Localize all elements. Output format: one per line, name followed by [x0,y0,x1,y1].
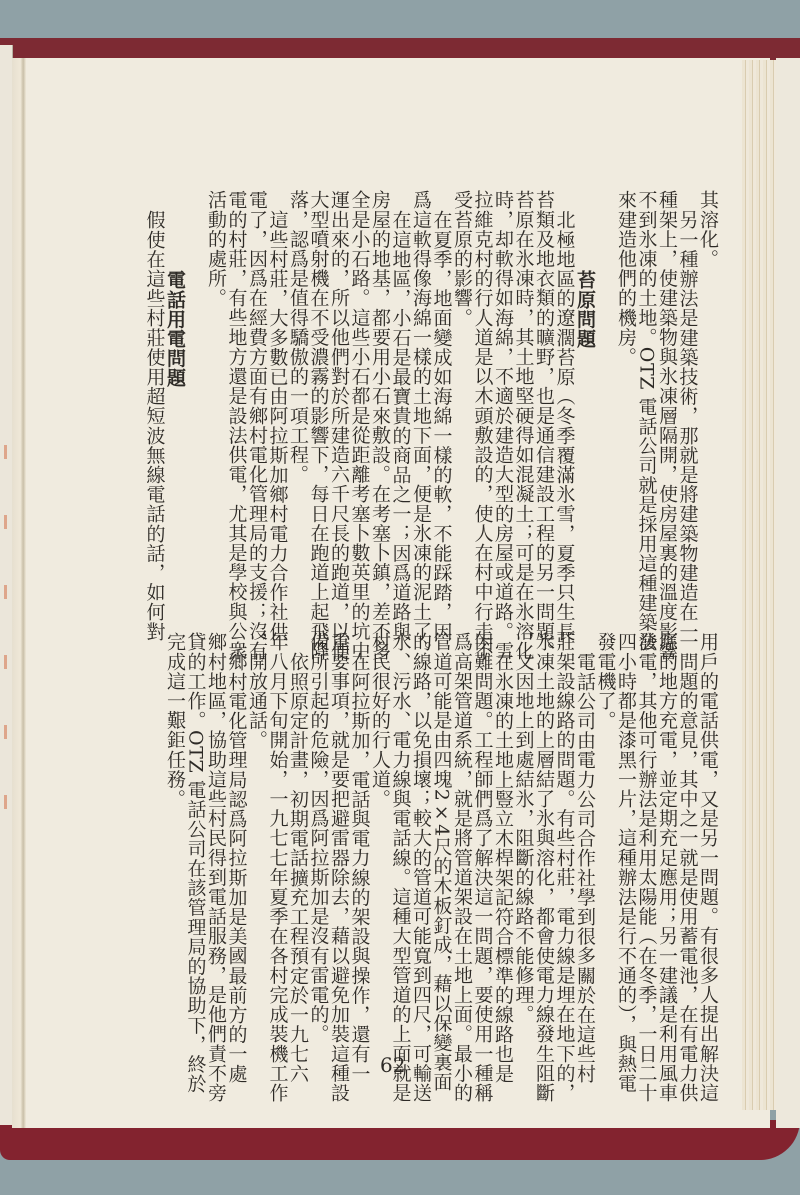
text-line: 來建造他們的機房。 [616,190,637,620]
text-line: 時，却軟得如海綿，不適於建造大型的房屋或道路。雪 [493,190,514,620]
text-line: 在阿拉斯加，電話與電力線的架設與操作，還有一 [349,632,370,1042]
text-line: 鄉村電化管理局認爲阿拉斯加是美國最前方的一處 [226,632,247,1042]
text-line: 在夏季，地面變成如海綿一樣的軟，不能踩踏，因 [431,190,452,620]
text-line [595,190,616,620]
section-heading: 電話用電問題 [165,190,186,620]
text-line: 房屋的地基，都要用小石來敷設。在考塞卜鎮，差不多 [370,190,391,620]
text-line: 困難問題。工程師們爲了解決這一問題，要使用一種稱 [472,632,493,1042]
text-line: 一問題的意見，其中之一就是使用蓄電池，在有電力供 [677,632,698,1042]
text-line: 活動的處所。 [206,190,227,620]
bottom-text-block: 用戶的電話供電，又是另一問題。有很多人提出解決這一問題的意見，其中之一就是使用蓄… [165,632,719,1042]
text-line: 北極地區的遼濶苔原（冬季覆滿氷雪，夏季只生長 [554,190,575,620]
text-line: 水、污水、電力線與電話線。這種大型管道的上面就是 [390,632,411,1042]
text-line: 發電，其他可行辦法是利用太陽能（在冬季，一日二十 [636,632,657,1042]
text-line: 這些村莊，大多數已由阿拉斯加鄉村電力合作社供 [267,190,288,620]
text-line: ，開放通話。 [247,632,268,1042]
text-line: 不到氷凍的土地。OTZ 電話公司就是採用這種建築法 [636,190,657,620]
text-line: 種架上，使建築物與氷凍層隔開，使房屋裏的溫度影響 [657,190,678,620]
book-gutter [12,58,26,1128]
text-line: 村民很好的行人道。 [370,632,391,1042]
text-line: 爲這軟得像海綿一樣的土地下面，便是氷凍的泥土了。 [411,190,432,620]
text-line: 重要事項，就是要把避雷器除去，藉以避免加裝這種設 [329,632,350,1042]
text-line: 大型噴射機在不受濃霧的影響下，每日在跑道上起飛降 [308,190,329,620]
text-line: 在氷凍的土地上豎立木桿架記符合標準的線路也是 [493,632,514,1042]
text-line: 電話公司由電力公司合作社學到很多關於在這些村 [575,632,596,1042]
text-line: 備所引起的危險，因爲阿拉斯加是沒有雷電的。 [308,632,329,1042]
text-line: 爲高架管道系統，就是將管道架設在土地上面。最小的 [452,632,473,1042]
text-line: 氷凍土地的上層結了氷與溶化，都會使電力線發生阻斷 [534,632,555,1042]
page-number: 62 [380,1053,405,1077]
text-line: 年八月下旬開始，一九七七年夏季在各村完成裝機工作 [267,632,288,1042]
text-line: 在這地區，小石是最寶貴的商品之一；因爲道路與 [390,190,411,620]
page-stack-edge [776,58,800,1128]
text-line: 完成這一艱鉅任務。 [165,632,186,1042]
text-line: 拉維克村的行人道是以木頭敷設的，使人在村中行走不 [472,190,493,620]
text-line: 發電機了。 [595,632,616,1042]
text-line: 四小時都是漆黑一片，這種辦法是行不通的），與熱電 [616,632,637,1042]
text-line: 的線路，以免損壞；較大的管道可能寬到四尺，可輸送 [411,632,432,1042]
text-line: 電的村莊，有些地方還是設法供電，尤其是學校與公衆 [226,190,247,620]
page-fore-edge [742,60,776,1110]
text-line: ，又因地上到處結氷，阻斷的線路不能修理。 [513,632,534,1042]
text-line: 其溶化。 [698,190,719,620]
text-line: 用戶的電話供電，又是另一問題。有很多人提出解決這 [698,632,719,1042]
text-line: 應的地方充電，並定期充足應用；另一建議是利用風車 [657,632,678,1042]
text-line: 貸的工作。OTZ 電話公司在該管理局的協助下，終於 [185,632,206,1042]
text-line: 莊架設線路的問題。有些村莊，電力線是埋在地下的， [554,632,575,1042]
text-line: 依照原定計畫，初期電話擴充工程預定於一九七六 [288,632,309,1042]
text-line: 假使在這些村莊使用超短波無線電話的話，如何對 [144,190,165,620]
text-line: 運出來的，所以他們對於所建造六千尺長的跑道，以便 [329,190,350,620]
text-line [185,190,206,620]
text-line: 落，認爲是值得驕傲的一項工程。 [288,190,309,620]
top-text-block: 其溶化。另一種辦法是建築技術，那就是將建築物建造在一種架上，使建築物與氷凍層隔開… [144,190,718,620]
text-line: 苔類及地衣類的曠野，也是通信建設工程的另一問題。 [534,190,555,620]
text-line: 電了，因爲在經費方面有鄉村電化管理局的支援；沒有 [247,190,268,620]
text-line: 全是小石路。這些小石都是從距離考塞卜數英里的坑中 [349,190,370,620]
text-line: 另一種辦法是建築技術，那就是將建築物建造在一 [677,190,698,620]
text-line: 苔原在氷凍時，其土地堅硬得如混凝土；可是在氷溶化 [513,190,534,620]
text-line: 管道可能是由四塊2×4尺的木板釘成，藉以保變裏面 [431,632,452,1042]
text-line: 受苔原的影響。 [452,190,473,620]
section-heading: 苔原問題 [575,190,596,620]
text-line: 鄉村地區，協助這些村民得到電話服務，是他們責不旁 [206,632,227,1042]
facing-page-marks [3,445,9,795]
